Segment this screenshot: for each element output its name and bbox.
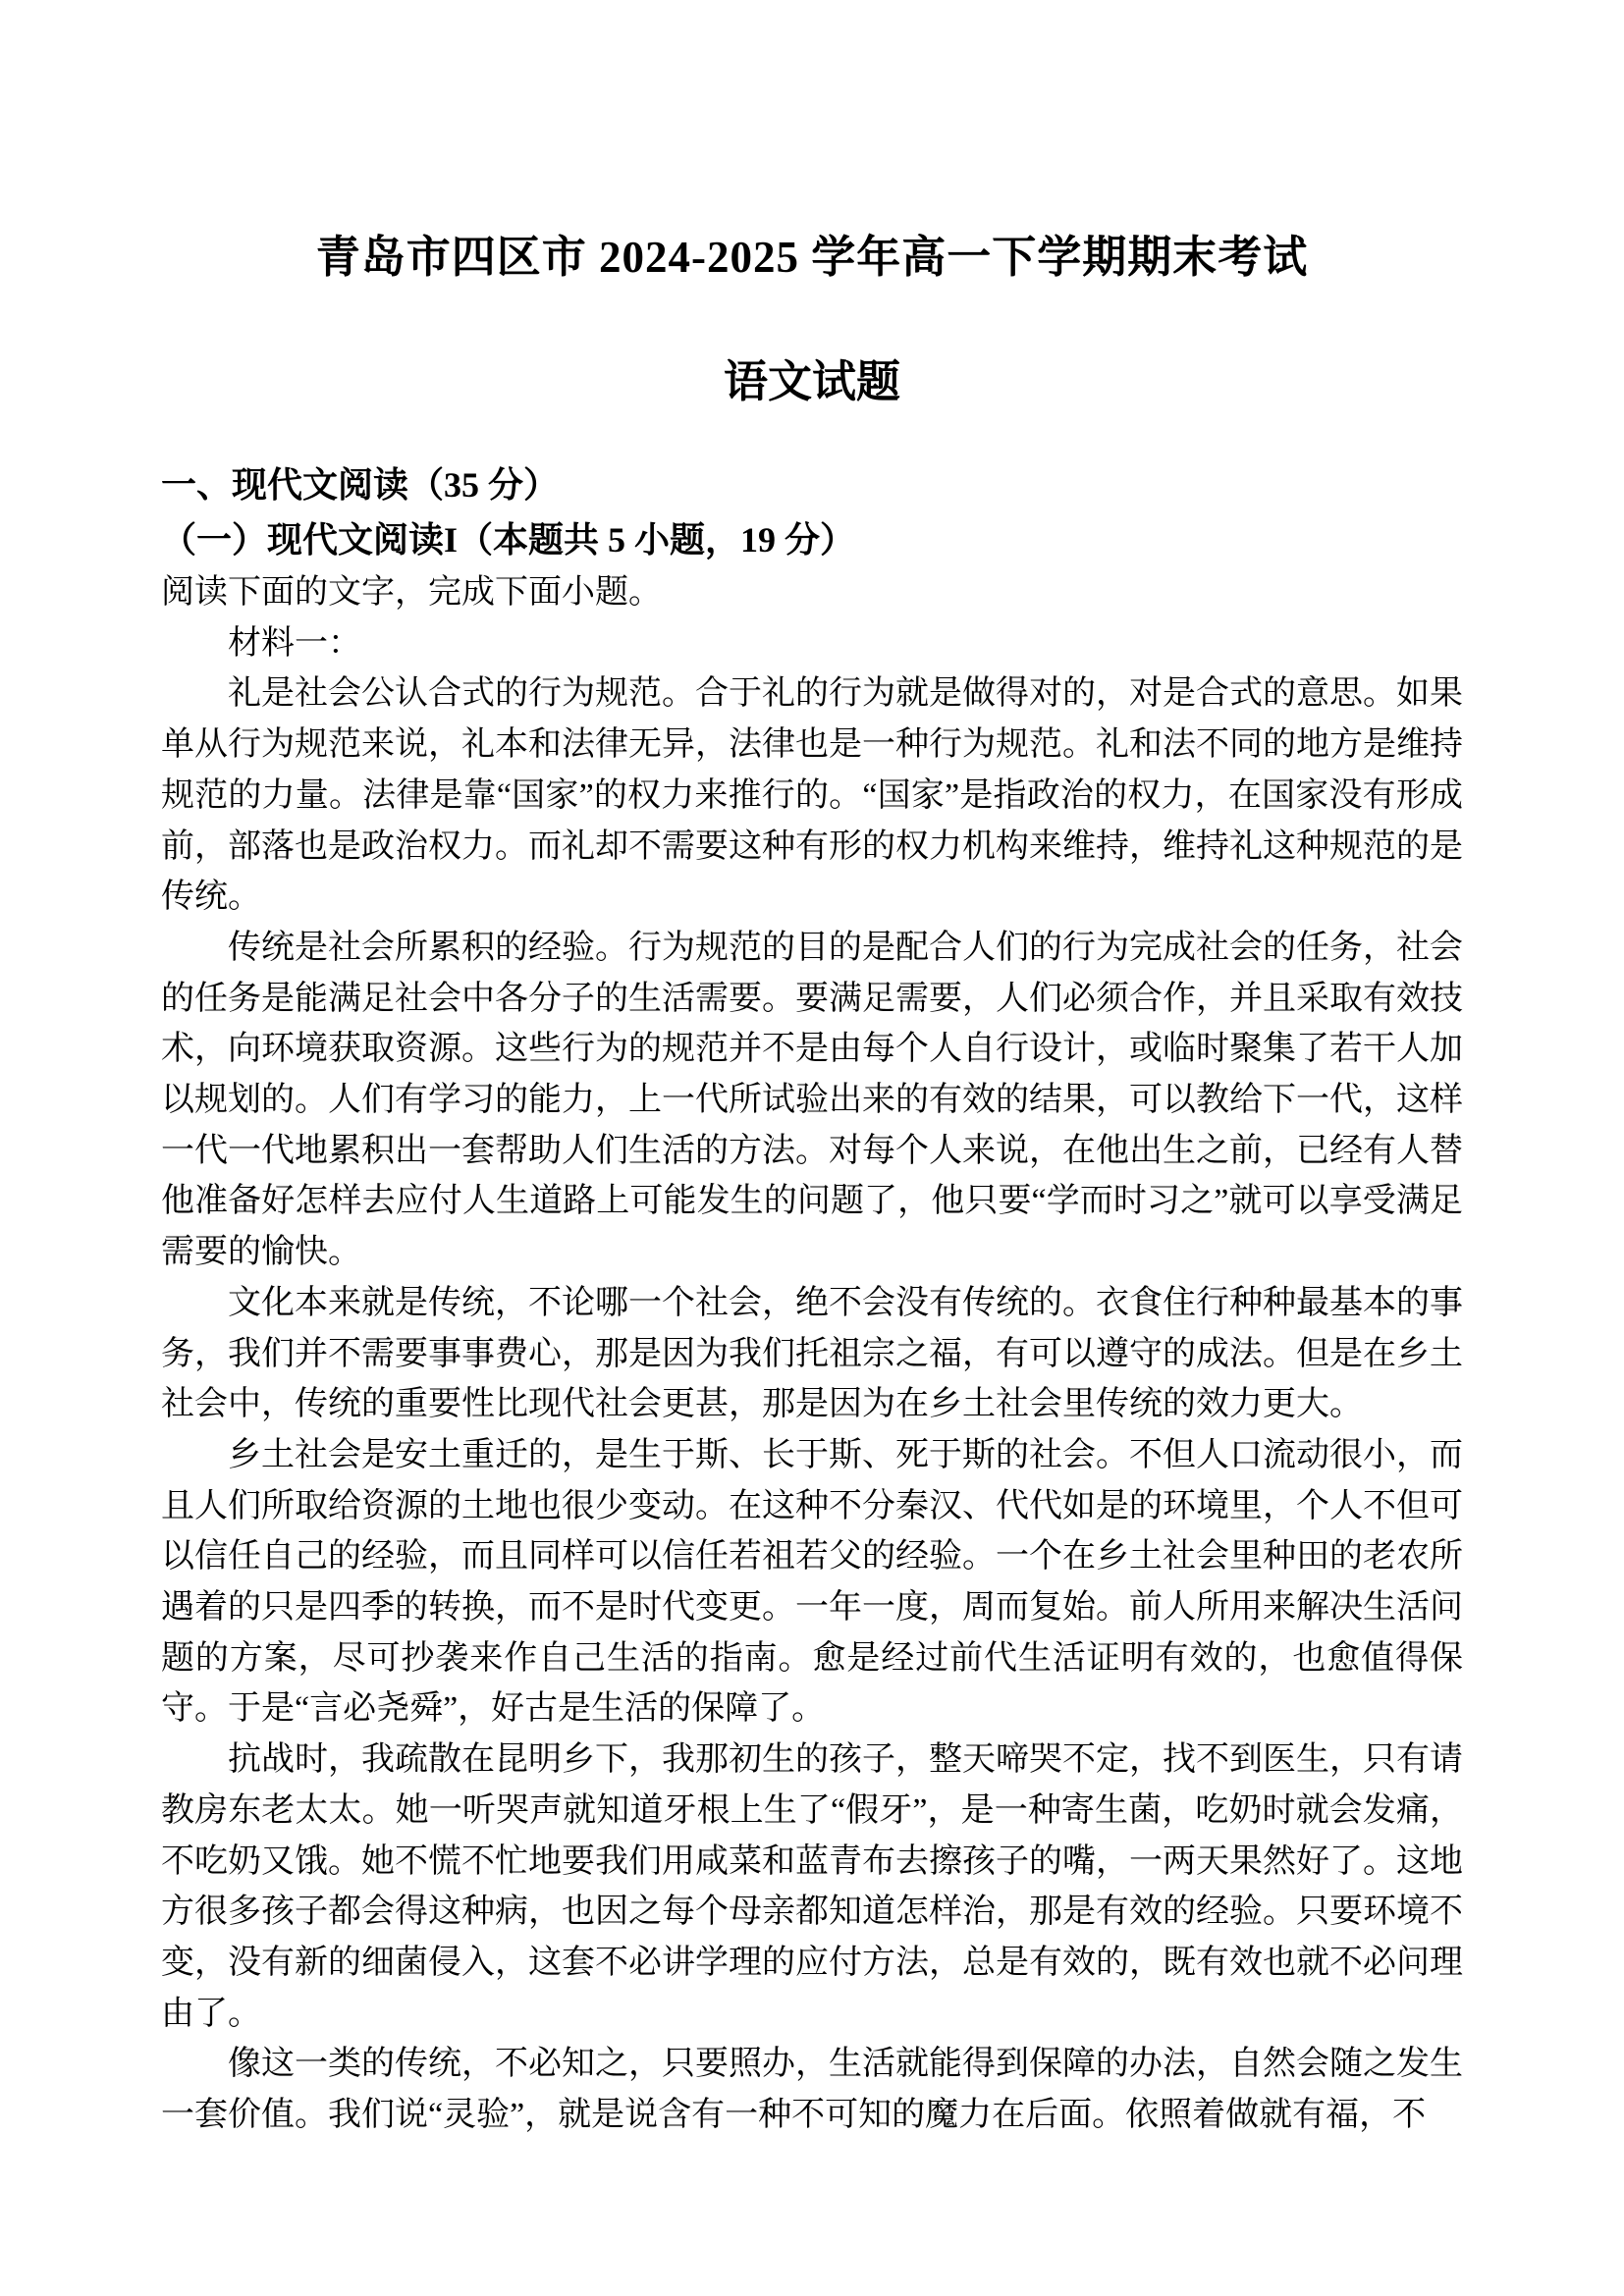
exam-title: 青岛市四区市 2024-2025 学年高一下学期期末考试 (161, 0, 1463, 287)
material-paragraph: 传统是社会所累积的经验。行为规范的目的是配合人们的行为完成社会的任务，社会的任务… (161, 923, 1463, 1278)
material-paragraph: 文化本来就是传统，不论哪一个社会，绝不会没有传统的。衣食住行种种最基本的事务，我… (161, 1278, 1463, 1430)
page-content: 青岛市四区市 2024-2025 学年高一下学期期末考试 语文试题 一、现代文阅… (0, 0, 1624, 2141)
material-label: 材料一： (161, 618, 1463, 669)
section-heading-modern-reading: 一、现代文阅读（35 分） (161, 457, 1463, 512)
subsection-heading-reading-1: （一）现代文阅读I（本题共 5 小题，19 分） (161, 512, 1463, 567)
exam-paper-page: 青岛市四区市 2024-2025 学年高一下学期期末考试 语文试题 一、现代文阅… (0, 0, 1624, 2296)
material-paragraph: 抗战时，我疏散在昆明乡下，我那初生的孩子，整天啼哭不定，找不到医生，只有请教房东… (161, 1735, 1463, 2039)
reading-instruction: 阅读下面的文字，完成下面小题。 (161, 567, 1463, 618)
material-paragraph: 乡土社会是安土重迁的，是生于斯、长于斯、死于斯的社会。不但人口流动很小，而且人们… (161, 1430, 1463, 1735)
exam-subtitle: 语文试题 (161, 353, 1463, 410)
material-paragraph: 礼是社会公认合式的行为规范。合于礼的行为就是做得对的，对是合式的意思。如果单从行… (161, 668, 1463, 923)
reading-passage: 阅读下面的文字，完成下面小题。 材料一： 礼是社会公认合式的行为规范。合于礼的行… (161, 567, 1463, 2141)
material-paragraph: 像这一类的传统，不必知之，只要照办，生活就能得到保障的办法，自然会随之发生一套价… (161, 2039, 1463, 2140)
